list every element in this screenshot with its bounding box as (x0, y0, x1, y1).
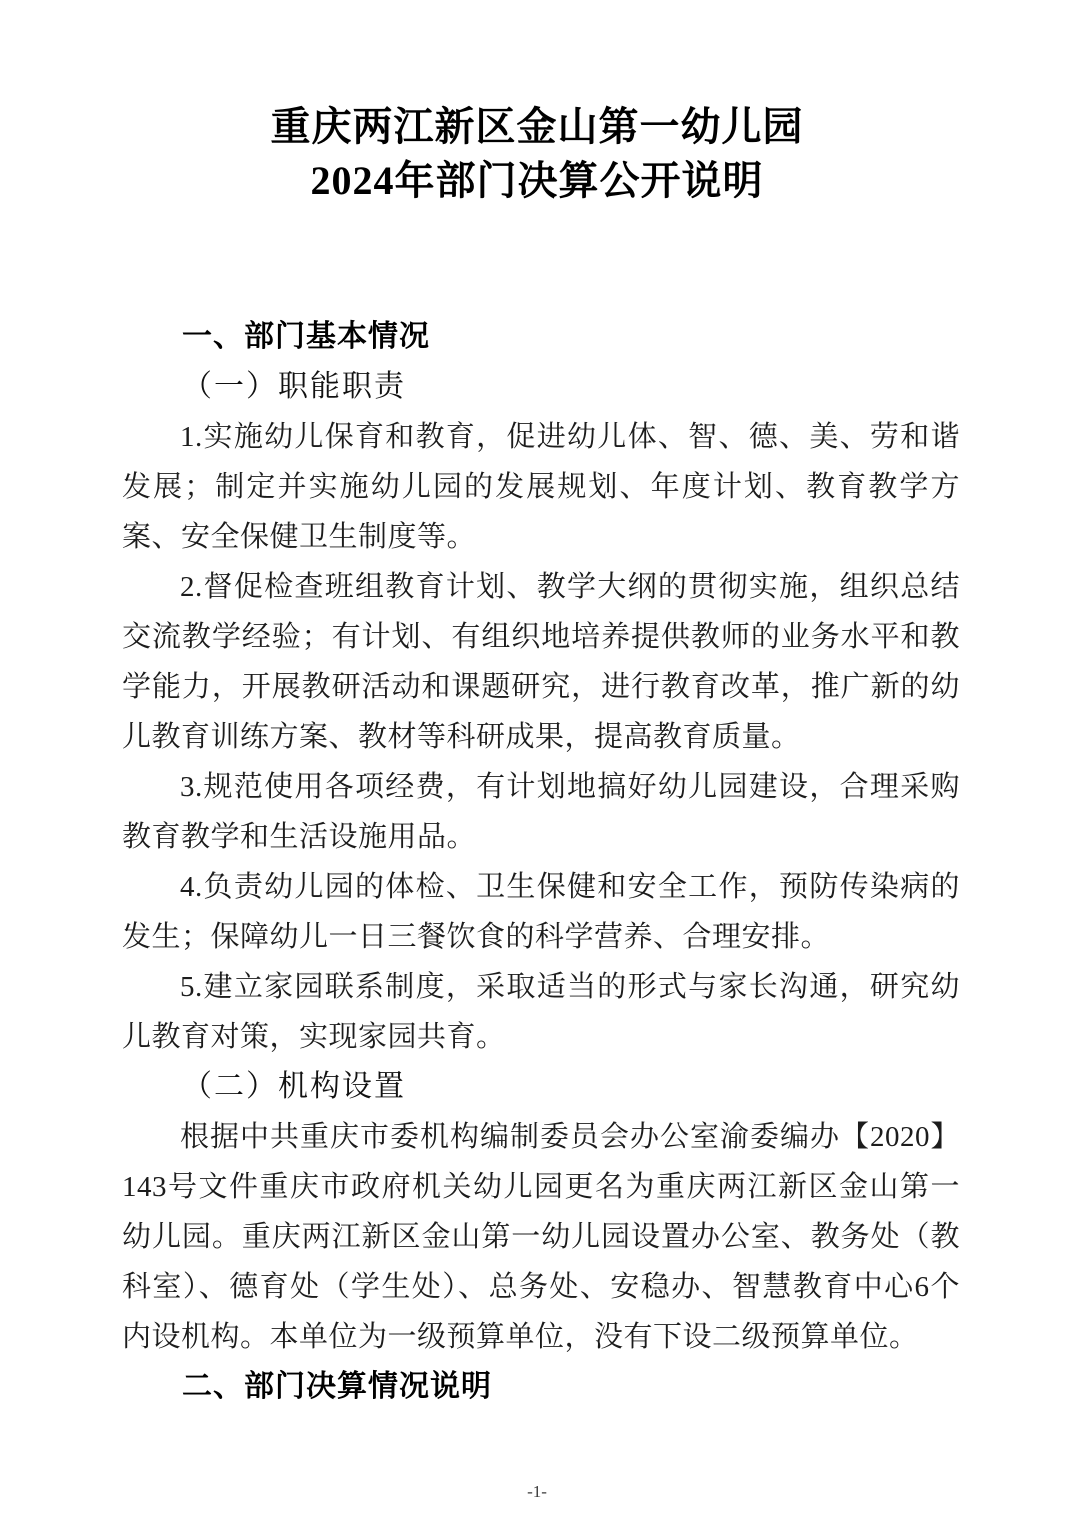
paragraph-duty-3: 3.规范使用各项经费，有计划地搞好幼儿园建设，合理采购教育教学和生活设施用品。 (122, 762, 960, 862)
section-1-heading: 一、部门基本情况 (122, 312, 960, 362)
document-title: 重庆两江新区金山第一幼儿园 2024年部门决算公开说明 (0, 100, 1074, 208)
paragraph-org-setup: 根据中共重庆市委机构编制委员会办公室渝委编办【2020】143号文件重庆市政府机… (122, 1112, 960, 1362)
paragraph-duty-1: 1.实施幼儿保育和教育，促进幼儿体、智、德、美、劳和谐发展；制定并实施幼儿园的发… (122, 412, 960, 562)
document-page: 重庆两江新区金山第一幼儿园 2024年部门决算公开说明 一、部门基本情况 （一）… (0, 0, 1074, 1520)
title-line-1: 重庆两江新区金山第一幼儿园 (0, 100, 1074, 154)
paragraph-duty-2: 2.督促检查班组教育计划、教学大纲的贯彻实施，组织总结交流教学经验；有计划、有组… (122, 562, 960, 762)
paragraph-duty-4: 4.负责幼儿园的体检、卫生保健和安全工作，预防传染病的发生；保障幼儿一日三餐饮食… (122, 862, 960, 962)
page-number: -1- (527, 1482, 547, 1501)
title-line-2: 2024年部门决算公开说明 (0, 154, 1074, 208)
subsection-1-1-heading: （一）职能职责 (122, 362, 960, 412)
subsection-1-2-heading: （二）机构设置 (122, 1062, 960, 1112)
section-2-heading: 二、部门决算情况说明 (122, 1362, 960, 1412)
page-footer: -1- (0, 1482, 1074, 1502)
paragraph-duty-5: 5.建立家园联系制度，采取适当的形式与家长沟通，研究幼儿教育对策，实现家园共育。 (122, 962, 960, 1062)
document-content: 一、部门基本情况 （一）职能职责 1.实施幼儿保育和教育，促进幼儿体、智、德、美… (122, 312, 960, 1412)
